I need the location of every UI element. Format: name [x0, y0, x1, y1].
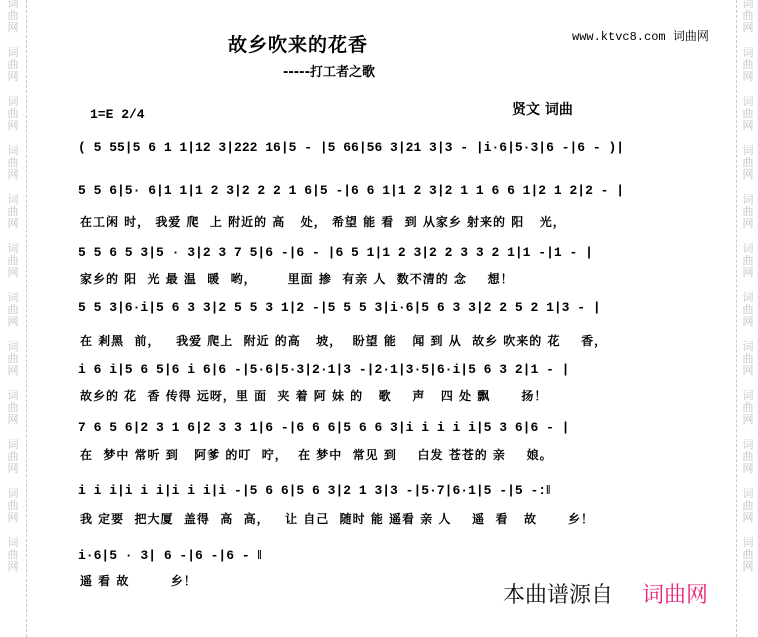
watermark-group: 词曲网 — [737, 145, 758, 181]
watermark-char: 网 — [737, 512, 758, 524]
watermark-group: 词曲网 — [0, 96, 26, 132]
score-line-6-notes: i i i|i i i|i i i|i -|5 6 6|5 6 3|2 1 3|… — [78, 482, 550, 502]
watermark-char: 网 — [0, 120, 26, 132]
score-line-1-notes: 5 5 6|5· 6|1 1|1 2 3|2 2 2 1 6|5 -|6 6 1… — [78, 183, 624, 203]
composer-credit: 贤文 词曲 — [512, 99, 573, 119]
watermark-group: 词曲网 — [0, 243, 26, 279]
watermark-char: 网 — [0, 267, 26, 279]
watermark-group: 词曲网 — [0, 439, 26, 475]
source-site-link[interactable]: 词曲网 — [642, 578, 708, 609]
watermark-char: 网 — [737, 169, 758, 181]
watermark-group: 词曲网 — [737, 488, 758, 524]
watermark-group: 词曲网 — [737, 0, 758, 34]
score-line-7-lyrics: 遥 看 故 乡！ — [80, 572, 197, 589]
watermark-char: 网 — [737, 316, 758, 328]
watermark-group: 词曲网 — [0, 537, 26, 573]
score-line-3-lyrics: 在 剎黑 前， 我爱 爬上 附近 的高 坡， 盼望 能 闻 到 从 故乡 吹来的… — [80, 332, 607, 349]
watermark-char: 网 — [0, 169, 26, 181]
watermark-group: 词曲网 — [0, 194, 26, 230]
watermark-char: 网 — [0, 22, 26, 34]
watermark-strip-right: 词曲网词曲网词曲网词曲网词曲网词曲网词曲网词曲网词曲网词曲网词曲网词曲网 — [736, 0, 758, 637]
watermark-group: 词曲网 — [0, 341, 26, 377]
watermark-char: 网 — [0, 414, 26, 426]
score-line-5-lyrics: 在 梦中 常听 到 阿爹 的叮 咛， 在 梦中 常见 到 白发 苍苍的 亲 娘。 — [80, 446, 553, 463]
watermark-char: 网 — [737, 22, 758, 34]
score-line-intro: ( 5 55|5 6 1 1|12 3|222 16|5 - |5 66|56 … — [78, 140, 624, 160]
watermark-group: 词曲网 — [0, 47, 26, 83]
watermark-char: 网 — [0, 365, 26, 377]
watermark-char: 网 — [0, 561, 26, 573]
score-line-5-notes: 7 6 5 6|2 3 1 6|2 3 3 1|6 -|6 6 6|5 6 6 … — [78, 420, 569, 440]
site-url[interactable]: www.ktvc8.com 词曲网 — [572, 27, 709, 44]
source-label: 本曲谱源自 — [503, 578, 613, 609]
score-line-2-notes: 5 5 6 5 3|5 · 3|2 3 7 5|6 -|6 - |6 5 1|1… — [78, 245, 593, 265]
watermark-group: 词曲网 — [737, 243, 758, 279]
watermark-group: 词曲网 — [737, 96, 758, 132]
watermark-char: 网 — [737, 561, 758, 573]
watermark-group: 词曲网 — [737, 292, 758, 328]
score-line-4-lyrics: 故乡的 花 香 传得 远呀，里 面 夹 着 阿 妹 的 歌 声 四 处 飘 扬！ — [80, 387, 547, 404]
watermark-group: 词曲网 — [737, 341, 758, 377]
watermark-group: 词曲网 — [0, 145, 26, 181]
watermark-group: 词曲网 — [737, 439, 758, 475]
watermark-char: 网 — [737, 365, 758, 377]
watermark-group: 词曲网 — [0, 488, 26, 524]
watermark-char: 网 — [737, 120, 758, 132]
score-line-4-notes: i 6 i|5 6 5|6 i 6|6 -|5·6|5·3|2·1|3 -|2·… — [78, 362, 569, 382]
watermark-char: 网 — [737, 218, 758, 230]
watermark-char: 网 — [737, 267, 758, 279]
score-line-3-notes: 5 5 3|6·i|5 6 3 3|2 5 5 3 1|2 -|5 5 5 3|… — [78, 300, 601, 320]
watermark-char: 网 — [737, 463, 758, 475]
watermark-char: 网 — [737, 71, 758, 83]
watermark-group: 词曲网 — [0, 0, 26, 34]
score-line-2-lyrics: 家乡的 阳 光 最 温 暖 哟， 里面 掺 有亲 人 数不清的 念 想！ — [80, 270, 514, 287]
song-subtitle: -----打工者之歌 — [283, 61, 375, 80]
watermark-group: 词曲网 — [737, 537, 758, 573]
key-signature: 1=E 2/4 — [90, 107, 145, 122]
score-line-1-lyrics: 在工闲 时， 我爱 爬 上 附近的 高 处， 希望 能 看 到 从家乡 射来的 … — [80, 213, 566, 230]
score-line-6-lyrics: 我 定要 把大厦 盖得 高 高， 让 自己 随时 能 遥看 亲 人 遥 看 故 … — [80, 510, 594, 527]
watermark-char: 网 — [737, 414, 758, 426]
score-line-7-notes: i·6|5 · 3| 6 -|6 -|6 - ‖ — [78, 547, 262, 567]
watermark-group: 词曲网 — [0, 390, 26, 426]
song-title: 故乡吹来的花香 — [228, 30, 368, 57]
watermark-char: 网 — [0, 512, 26, 524]
watermark-group: 词曲网 — [0, 292, 26, 328]
watermark-char: 网 — [0, 71, 26, 83]
watermark-group: 词曲网 — [737, 194, 758, 230]
watermark-group: 词曲网 — [737, 390, 758, 426]
watermark-group: 词曲网 — [737, 47, 758, 83]
watermark-char: 网 — [0, 316, 26, 328]
watermark-char: 网 — [0, 218, 26, 230]
watermark-char: 网 — [0, 463, 26, 475]
watermark-strip-left: 词曲网词曲网词曲网词曲网词曲网词曲网词曲网词曲网词曲网词曲网词曲网词曲网 — [0, 0, 27, 637]
